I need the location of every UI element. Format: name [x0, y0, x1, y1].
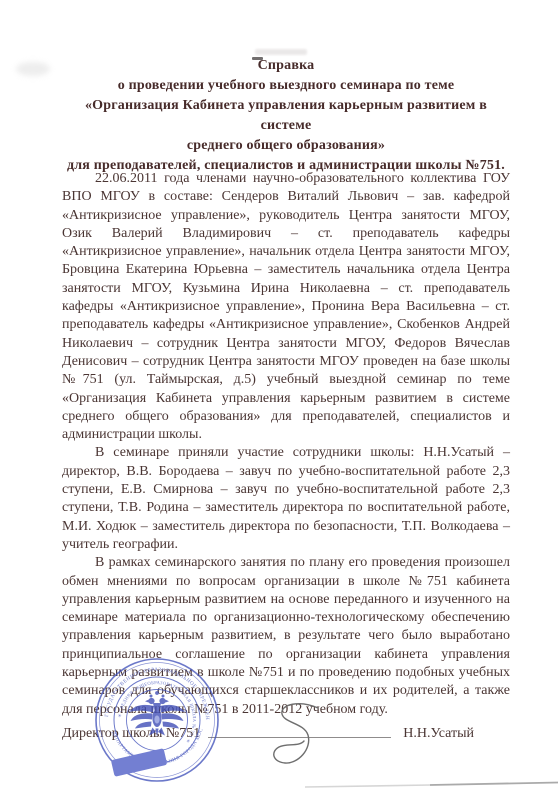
- paragraph-results: В рамках семинарского занятия по плану е…: [62, 554, 510, 719]
- title-line-theme-2: среднего общего образования»: [62, 136, 510, 156]
- seal-diamond-mark: [154, 750, 160, 756]
- title-line-subject: о проведении учебного выездного семинара…: [62, 76, 510, 96]
- document-body: 22.06.2011 года членами научно-образоват…: [62, 170, 510, 719]
- paragraph-seminar-held: 22.06.2011 года членами научно-образоват…: [62, 170, 510, 444]
- paragraph-participants: В семинаре приняли участие сотрудники шк…: [62, 444, 510, 554]
- signature-row: Директор школы №751 Н.Н.Усатый: [62, 726, 510, 742]
- scan-line-light: [305, 785, 430, 787]
- document-title: Справка о проведении учебного выездного …: [62, 56, 510, 176]
- scan-ghost-mark: [255, 49, 307, 55]
- scan-edge-line: [305, 778, 558, 790]
- title-line-spravka: Справка: [62, 56, 510, 76]
- seal-bottom-banner: [111, 748, 167, 777]
- scan-smudge: [16, 62, 50, 76]
- title-line-theme-1: «Организация Кабинета управления карьерн…: [62, 96, 510, 136]
- signature-name: Н.Н.Усатый: [403, 726, 474, 742]
- scan-line-dark: [430, 783, 558, 786]
- document-page: Справка о проведении учебного выездного …: [0, 0, 558, 790]
- signature-line: [208, 736, 391, 738]
- signature-position-label: Директор школы №751: [62, 726, 200, 742]
